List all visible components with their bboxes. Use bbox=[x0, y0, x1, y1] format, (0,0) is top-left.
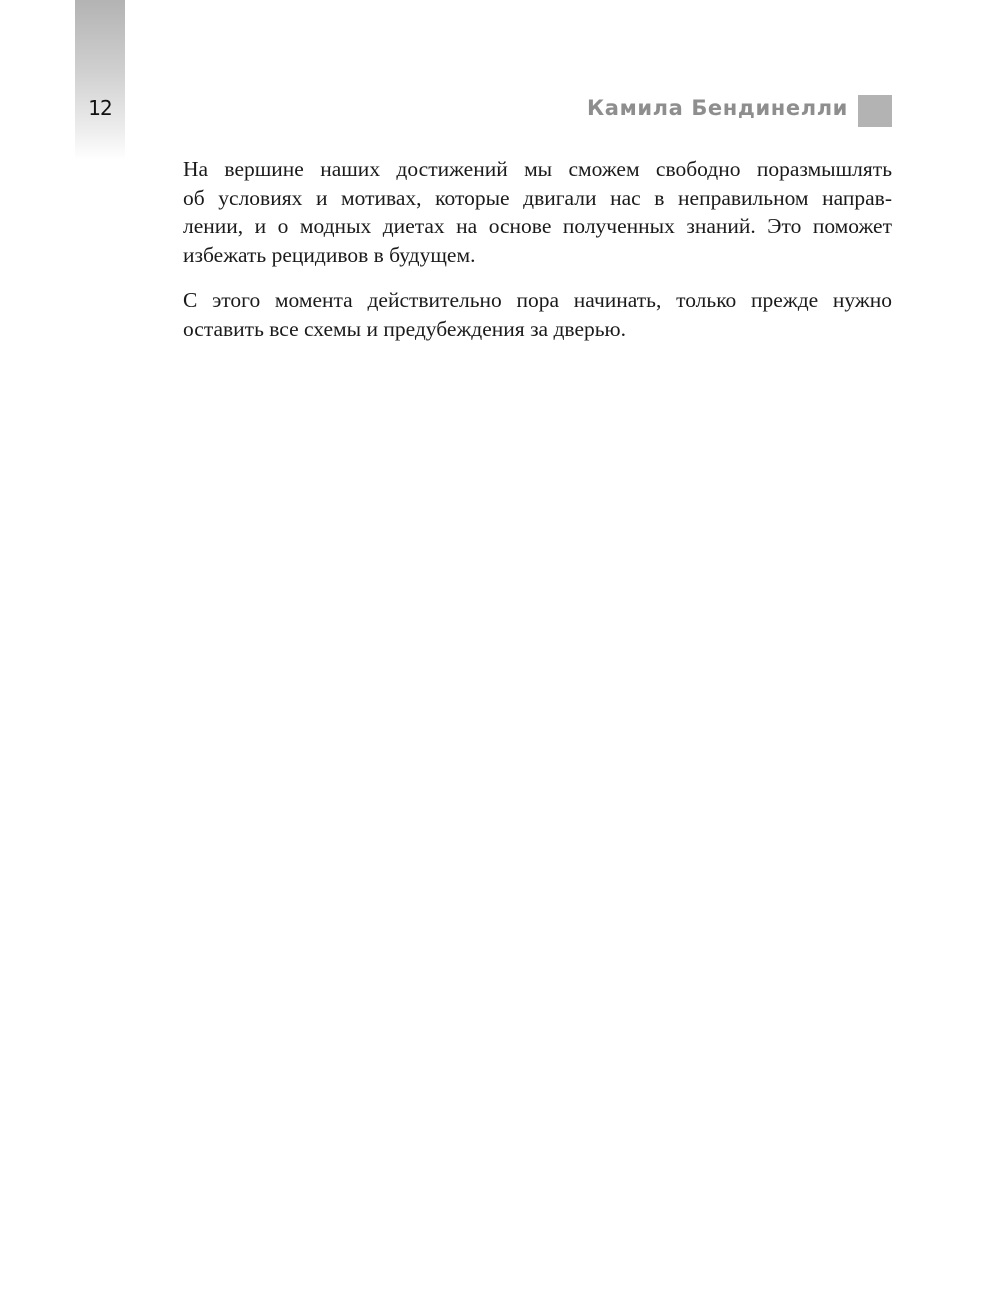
text-line: об условиях и мотивах, которые двигали н… bbox=[183, 184, 892, 213]
body-text: На вершине наших достижений мы сможем св… bbox=[183, 155, 892, 359]
paragraph-1: На вершине наших достижений мы сможем св… bbox=[183, 155, 892, 270]
text-line: На вершине наших достижений мы сможем св… bbox=[183, 155, 892, 184]
text-line: оставить все схемы и предубеждения за дв… bbox=[183, 315, 892, 344]
paragraph-2: С этого момента действительно пора начин… bbox=[183, 286, 892, 343]
text-line: избежать рецидивов в будущем. bbox=[183, 241, 892, 270]
header-square-marker bbox=[858, 95, 892, 127]
running-head-author: Камила Бендинелли bbox=[587, 96, 848, 120]
page-edge-tab bbox=[75, 0, 125, 160]
text-line: лении, и о модных диетах на основе получ… bbox=[183, 212, 892, 241]
page-number: 12 bbox=[75, 96, 125, 120]
text-line: С этого момента действительно пора начин… bbox=[183, 286, 892, 315]
